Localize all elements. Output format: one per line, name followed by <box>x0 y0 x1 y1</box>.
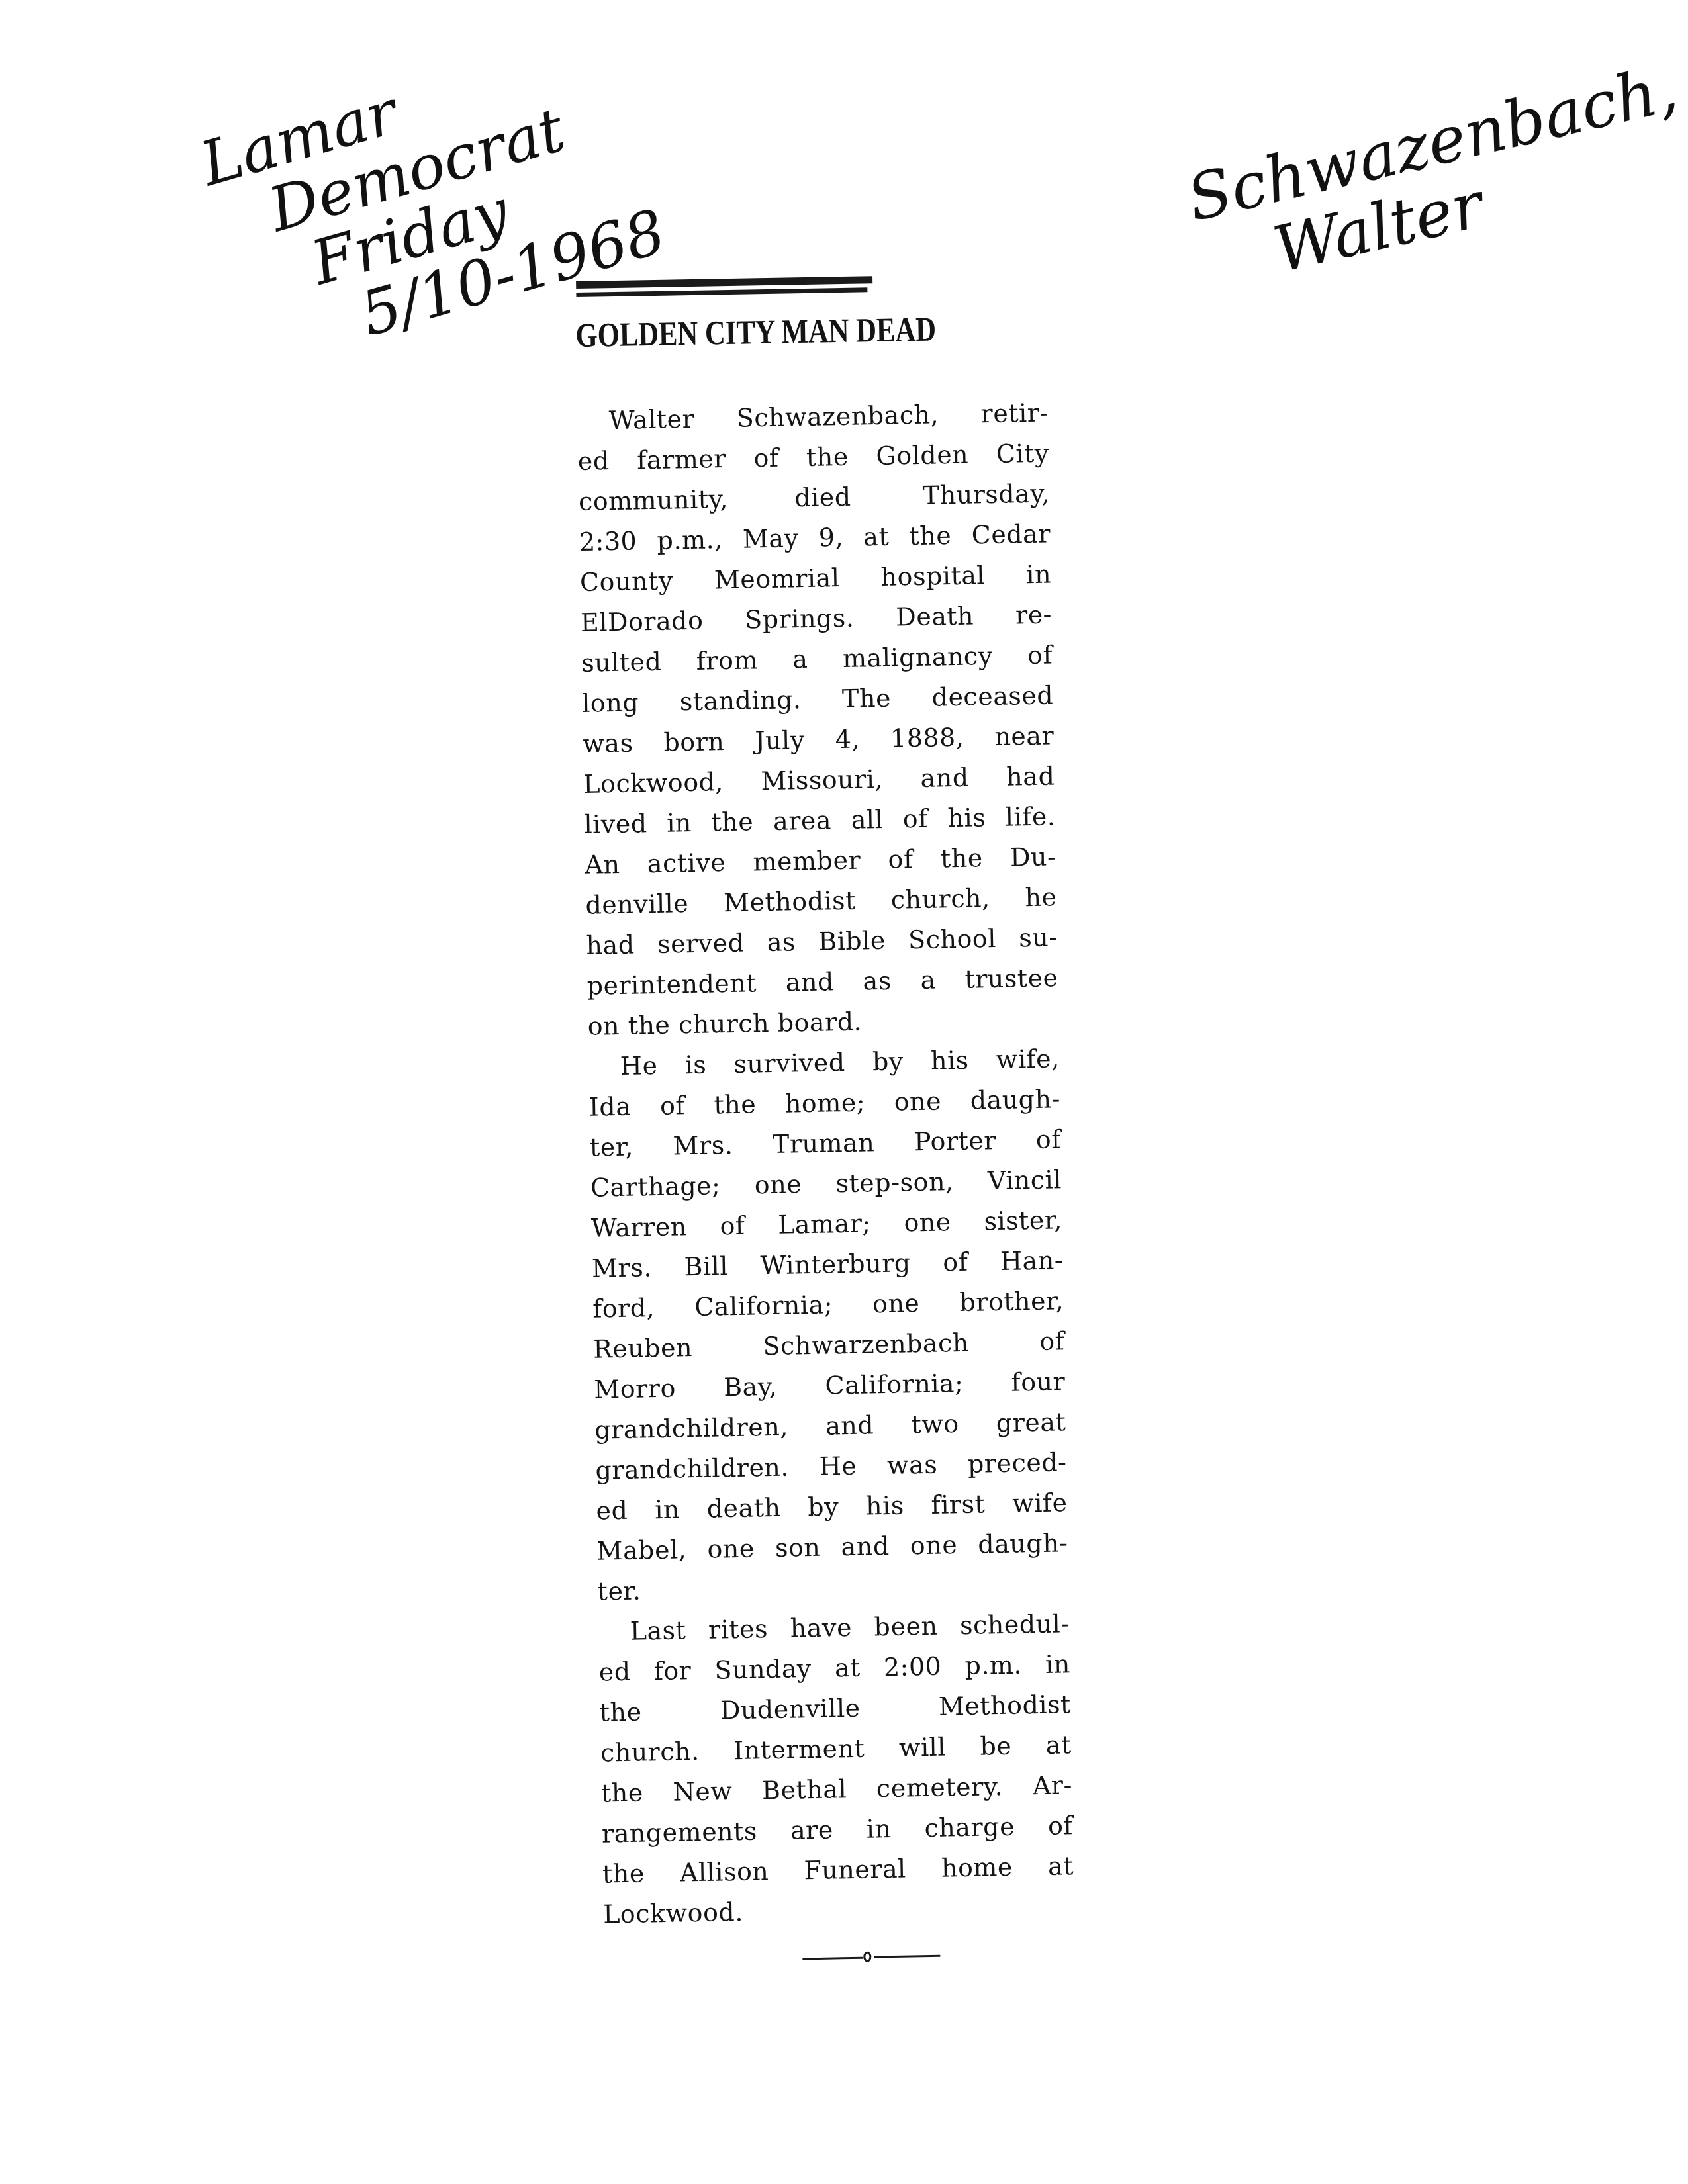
article-line: Lockwood. <box>603 1886 1075 1934</box>
article-line: perintendent and as a trustee <box>586 958 1058 1006</box>
article-line: Mabel, one son and one daugh- <box>596 1523 1068 1571</box>
handwritten-name-note: Schwazenbach, Walter <box>1182 56 1688 304</box>
rule-thin <box>576 287 867 297</box>
ornament-circle-icon <box>863 1952 871 1962</box>
headline-double-rule <box>575 273 872 299</box>
newspaper-clipping: GOLDEN CITY MAN DEAD Walter Schwazenbach… <box>575 270 1075 1968</box>
ornament-line-left <box>802 1957 863 1960</box>
article-paragraph: Walter Schwazenbach, retir-ed farmer of … <box>577 393 1059 1047</box>
end-ornament <box>802 1949 941 1965</box>
article-paragraph: He is survived by his wife,Ida of the ho… <box>588 1038 1069 1612</box>
ornament-line-right <box>874 1955 940 1958</box>
article-headline: GOLDEN CITY MAN DEAD <box>575 310 962 356</box>
article-body: Walter Schwazenbach, retir-ed farmer of … <box>577 393 1074 1935</box>
rule-thick <box>576 276 872 289</box>
article-line: the Allison Funeral home at <box>602 1846 1074 1894</box>
article-paragraph: Last rites have been schedul-ed for Sund… <box>598 1604 1074 1934</box>
